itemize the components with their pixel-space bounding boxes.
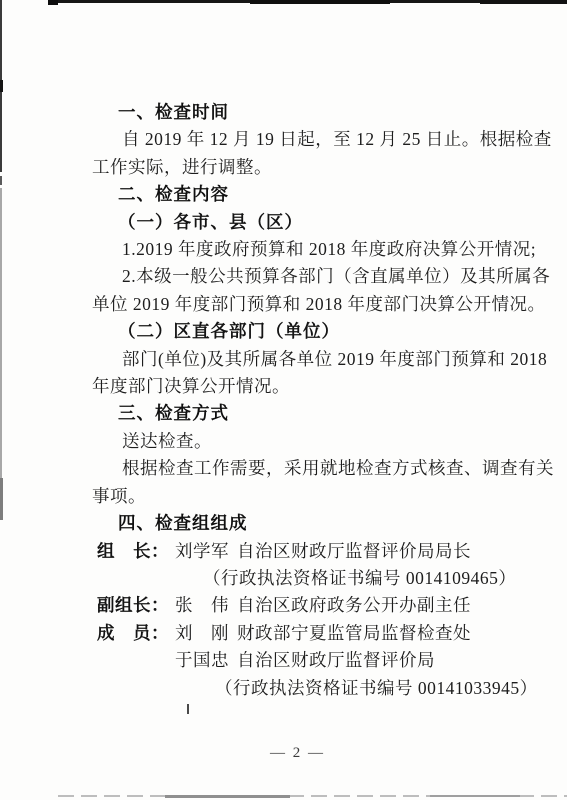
scan-artifact-top-edge <box>48 0 567 3</box>
para-line: 根据检查工作需要，采用就地检查方式核查、调查有关 <box>92 455 512 482</box>
scan-artifact-left-edge <box>0 0 2 172</box>
heading-inspection-content: 二、检查内容 <box>92 181 512 208</box>
roster-person-title: 自治区政府政务公开办副主任 <box>237 595 471 615</box>
scan-artifact-top-edge-blob <box>480 0 567 4</box>
page-number: — 2 — <box>0 745 567 762</box>
scanned-document-page: 一、检查时间 自 2019 年 12 月 19 日起，至 12 月 25 日止。… <box>0 0 567 800</box>
roster-person-title: 财政部宁夏监管局监督检查处 <box>237 623 471 643</box>
roster-row-member2: 于国忠自治区财政厅监督评价局 <box>92 647 512 674</box>
scan-artifact-bottom-edge <box>430 795 520 797</box>
roster-person-name: 于国忠 <box>175 647 237 674</box>
para-line: 年度部门决算公开情况。 <box>92 373 512 400</box>
subheading-cities-counties: （一）各市、县（区） <box>92 209 512 236</box>
scan-artifact-top-edge-blob <box>48 0 58 5</box>
para-line: 部门(单位)及其所属各单位 2019 年度部门预算和 2018 <box>92 346 512 373</box>
roster-role-label: 副组长： <box>97 592 175 619</box>
para-line: 事项。 <box>92 483 512 510</box>
roster-role-label: 组 长： <box>97 538 175 565</box>
heading-team-composition: 四、检查组组成 <box>92 510 512 537</box>
scan-artifact-top-edge-blob <box>250 0 390 4</box>
roster-row-member1: 成 员：刘 刚财政部宁夏监管局监督检查处 <box>92 620 512 647</box>
para-line: 1.2019 年度政府预算和 2018 年度政府决算公开情况; <box>92 236 512 263</box>
roster-person-name: 刘 刚 <box>175 620 237 647</box>
para-line: 2.本级一般公共预算各部门（含直属单位）及其所属各 <box>92 263 512 290</box>
subheading-district-departments: （二）区直各部门（单位） <box>92 318 512 345</box>
scan-artifact-stray-mark <box>187 704 189 714</box>
scan-artifact-bottom-edge <box>165 795 290 798</box>
cert-number-line: （行政执法资格证书编号 0014109465） <box>92 565 512 592</box>
para-line: 工作实际，进行调整。 <box>92 154 512 181</box>
para-line: 单位 2019 年度部门预算和 2018 年度部门决算公开情况。 <box>92 291 512 318</box>
scan-artifact-left-edge <box>0 478 3 520</box>
roster-person-title: 自治区财政厅监督评价局局长 <box>237 541 471 561</box>
roster-row-deputy: 副组长：张 伟自治区政府政务公开办副主任 <box>92 592 512 619</box>
scan-artifact-left-edge <box>0 80 3 92</box>
roster-person-name: 刘学军 <box>175 538 237 565</box>
document-body: 一、检查时间 自 2019 年 12 月 19 日起，至 12 月 25 日止。… <box>92 99 512 702</box>
scan-artifact-left-edge <box>0 176 2 185</box>
para-line: 送达检查。 <box>92 428 512 455</box>
scan-artifact-left-edge <box>0 188 2 478</box>
cert-number-line: （行政执法资格证书编号 00141033945） <box>92 675 512 702</box>
roster-person-title: 自治区财政厅监督评价局 <box>237 650 435 670</box>
scan-artifact-bottom-edge <box>58 795 567 797</box>
heading-inspection-time: 一、检查时间 <box>92 99 512 126</box>
heading-inspection-method: 三、检查方式 <box>92 400 512 427</box>
roster-person-name: 张 伟 <box>175 592 237 619</box>
roster-row-leader: 组 长：刘学军自治区财政厅监督评价局局长 <box>92 538 512 565</box>
para-line: 自 2019 年 12 月 19 日起，至 12 月 25 日止。根据检查 <box>92 126 512 153</box>
roster-role-label: 成 员： <box>97 620 175 647</box>
